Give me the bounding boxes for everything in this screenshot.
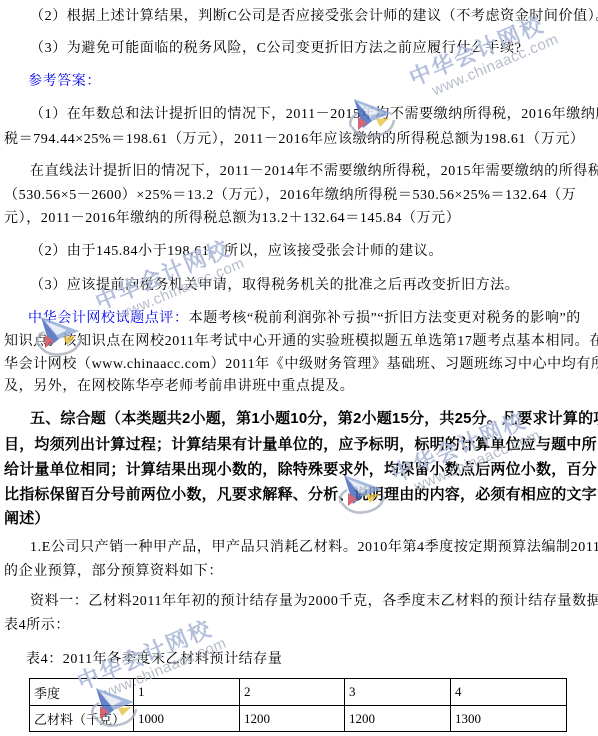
text-line: 知识点。该知识点在网校2011年考试中心开通的实验班模拟题五单选第17题考点基本… <box>4 333 598 350</box>
text-line: 表4所示： <box>4 617 70 634</box>
text-segment: 在直线法计提折旧的情况下，2011－2014年不需要缴纳所得税，2015年需要缴… <box>30 164 598 179</box>
table-row: 乙材料（千克）1000120012001300 <box>30 706 567 732</box>
table-cell: 季度 <box>30 679 134 706</box>
table-cell: 乙材料（千克） <box>30 706 134 732</box>
text-segment: 阐述） <box>4 510 50 527</box>
text-line: （2）由于145.84小于198.61，所以，应该接受张会计师的建议。 <box>30 243 443 260</box>
text-segment: （2）根据上述计算结果，判断C公司是否应接受张会计师的建议（不考虑资金时间价值）… <box>30 9 598 24</box>
text-segment: 知识点。该知识点在网校2011年考试中心开通的实验班模拟题五单选第17题考点基本… <box>4 334 598 349</box>
text-layer: （2）根据上述计算结果，判断C公司是否应接受张会计师的建议（不考虑资金时间价值）… <box>0 0 598 736</box>
text-line: 及，另外，在网校陈华亭老师考前串讲班中重点提及。 <box>4 378 354 395</box>
material-forecast-table: 季度1234乙材料（千克）1000120012001300 <box>29 678 567 732</box>
text-segment: 本题考核“税前利润弥补亏损”“折旧方法变更对税务的影响”的 <box>189 311 581 326</box>
text-line: 给计量单位相同；计算结果出现小数的，除特殊要求外，均保留小数点后两位小数，百分 <box>4 461 597 479</box>
text-segment: （3）应该提前向税务机关申请，取得税务机关的批准之后再改变折旧方法。 <box>30 278 519 293</box>
text-line: 目，均须列出计算过程；计算结果有计量单位的，应予标明，标明的计算单位应与题中所 <box>4 436 597 454</box>
table-cell: 1000 <box>134 706 240 732</box>
text-segment: （530.56×5－2600）×25%＝13.2（万元），2016年缴纳所得税＝… <box>4 188 576 203</box>
table-cell: 3 <box>345 679 451 706</box>
text-line: 华会计网校（www.chinaacc.com）2011年《中级财务管理》基础班、… <box>4 356 598 373</box>
table-cell: 1300 <box>451 706 567 732</box>
text-segment: 比指标保留百分号前两位小数，凡要求解释、分析、说明理由的内容，必须有相应的文字 <box>4 486 597 503</box>
text-segment: 五、综合题（本类题共2小题，第1小题10分，第2小题15分，共25分。凡要求计算… <box>30 410 598 427</box>
text-line: 参考答案： <box>28 73 101 90</box>
text-line: 元），2011－2016年缴纳的所得税总额为13.2＋132.64＝145.84… <box>4 210 460 227</box>
text-segment: 目，均须列出计算过程；计算结果有计量单位的，应予标明，标明的计算单位应与题中所 <box>4 436 597 453</box>
text-segment: 元），2011－2016年缴纳的所得税总额为13.2＋132.64＝145.84… <box>4 211 460 226</box>
text-segment: 参考答案： <box>28 74 101 89</box>
table-cell: 1200 <box>345 706 451 732</box>
table-row: 季度1234 <box>30 679 567 706</box>
text-segment: 的企业预算，部分预算资料如下： <box>4 564 223 579</box>
text-segment: 资料一：乙材料2011年年初的预计结存量为2000千克，各季度末乙材料的预计结存… <box>30 594 598 609</box>
text-line: 中华会计网校试题点评：本题考核“税前利润弥补亏损”“折旧方法变更对税务的影响”的 <box>28 310 581 327</box>
text-segment: 给计量单位相同；计算结果出现小数的，除特殊要求外，均保留小数点后两位小数，百分 <box>4 461 597 478</box>
text-line: （1）在年数总和法计提折旧的情况下，2011－2015年均不需要缴纳所得税，20… <box>30 106 598 123</box>
text-line: 阐述） <box>4 510 50 528</box>
text-segment: 税＝794.44×25%＝198.61（万元），2011－2016年应该缴纳的所… <box>4 132 585 147</box>
text-segment: 及，另外，在网校陈华亭老师考前串讲班中重点提及。 <box>4 379 354 394</box>
table-cell: 2 <box>240 679 345 706</box>
text-line: 五、综合题（本类题共2小题，第1小题10分，第2小题15分，共25分。凡要求计算… <box>30 410 598 428</box>
text-segment: （1）在年数总和法计提折旧的情况下，2011－2015年均不需要缴纳所得税，20… <box>30 107 598 122</box>
text-line: 在直线法计提折旧的情况下，2011－2014年不需要缴纳所得税，2015年需要缴… <box>30 163 598 180</box>
text-line: 比指标保留百分号前两位小数，凡要求解释、分析、说明理由的内容，必须有相应的文字 <box>4 486 597 504</box>
text-line: （3）应该提前向税务机关申请，取得税务机关的批准之后再改变折旧方法。 <box>30 277 519 294</box>
table-cell: 1 <box>134 679 240 706</box>
text-line: 1.E公司只产销一种甲产品，甲产品只消耗乙材料。2010年第4季度按定期预算法编… <box>30 539 598 556</box>
text-line: 的企业预算，部分预算资料如下： <box>4 563 223 580</box>
text-line: 资料一：乙材料2011年年初的预计结存量为2000千克，各季度末乙材料的预计结存… <box>30 593 598 610</box>
text-line: （2）根据上述计算结果，判断C公司是否应接受张会计师的建议（不考虑资金时间价值）… <box>30 8 598 25</box>
text-segment: 表4所示： <box>4 618 70 633</box>
table-cell: 1200 <box>240 706 345 732</box>
text-segment: （2）由于145.84小于198.61，所以，应该接受张会计师的建议。 <box>30 244 443 259</box>
text-segment: 中华会计网校试题点评： <box>28 311 189 326</box>
text-segment: （3）为避免可能面临的税务风险，C公司变更折旧方法之前应履行什么手续? <box>30 41 522 56</box>
text-line: （3）为避免可能面临的税务风险，C公司变更折旧方法之前应履行什么手续? <box>30 40 522 57</box>
text-segment: 1.E公司只产销一种甲产品，甲产品只消耗乙材料。2010年第4季度按定期预算法编… <box>30 540 598 555</box>
text-line: （530.56×5－2600）×25%＝13.2（万元），2016年缴纳所得税＝… <box>4 187 576 204</box>
text-segment: 华会计网校（www.chinaacc.com）2011年《中级财务管理》基础班、… <box>4 357 598 372</box>
document-page: （2）根据上述计算结果，判断C公司是否应接受张会计师的建议（不考虑资金时间价值）… <box>0 0 598 736</box>
table-cell: 4 <box>451 679 567 706</box>
text-line: 税＝794.44×25%＝198.61（万元），2011－2016年应该缴纳的所… <box>4 131 585 148</box>
